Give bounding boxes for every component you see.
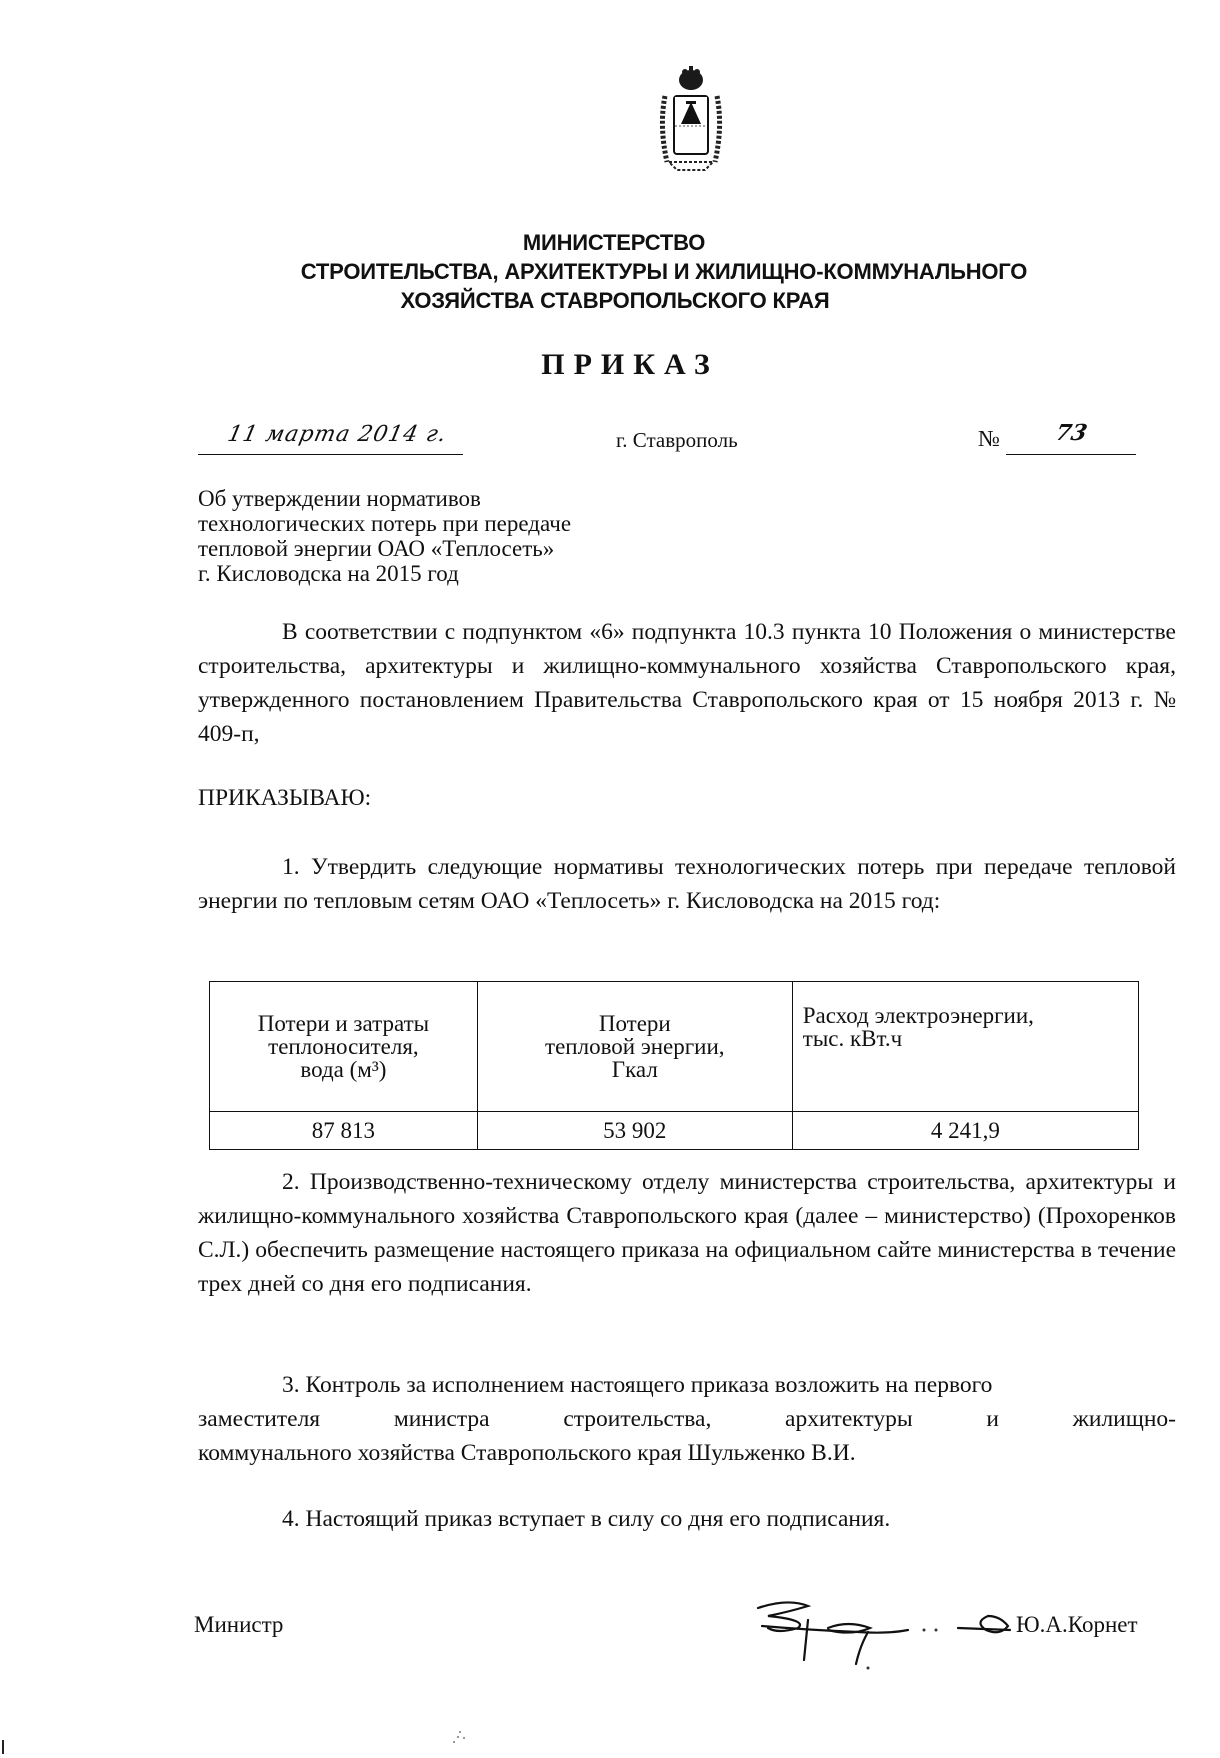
table-row: 87 813 53 902 4 241,9 <box>210 1112 1139 1150</box>
number-label: № <box>978 426 1000 452</box>
norms-table: Потери и затраты теплоносителя, вода (м³… <box>209 981 1139 1150</box>
date-city-number-line: 11 марта 2014 г. г. Ставрополь № 73 <box>198 420 1136 460</box>
scan-speck-icon <box>448 1728 478 1748</box>
cell-electricity: 4 241,9 <box>792 1112 1138 1150</box>
subject-line: г. Кисловодска на 2015 год <box>198 561 571 586</box>
emblem-icon <box>655 66 727 176</box>
signature-icon <box>748 1590 1038 1670</box>
handwritten-number: 73 <box>1053 420 1089 446</box>
basis-paragraph: В соответствии с подпунктом «6» подпункт… <box>198 615 1176 751</box>
header-cell-electricity: Расход электроэнергии, тыс. кВт.ч <box>792 982 1138 1112</box>
handwritten-date: 11 марта 2014 г. <box>225 422 449 447</box>
header-text: теплоносителя, <box>210 1035 477 1058</box>
ministry-line-2: СТРОИТЕЛЬСТВА, АРХИТЕКТУРЫ И ЖИЛИЩНО-КОМ… <box>0 257 1220 286</box>
header-text: Гкал <box>478 1058 792 1081</box>
order-word: ПРИКАЗЫВАЮ: <box>198 785 371 812</box>
item-4-paragraph: 4. Настоящий приказ вступает в силу со д… <box>198 1502 1176 1536</box>
header-text: Потери и затраты <box>210 1012 477 1035</box>
date-field: 11 марта 2014 г. <box>198 420 463 455</box>
item-3-line: 3. Контроль за исполнением настоящего пр… <box>198 1368 1176 1402</box>
cell-coolant-losses: 87 813 <box>210 1112 478 1150</box>
item-1-paragraph: 1. Утвердить следующие нормативы техноло… <box>198 850 1176 918</box>
subject-line: тепловой энергии ОАО «Теплосеть» <box>198 536 571 561</box>
signer-position: Министр <box>194 1612 283 1638</box>
header-cell-heat-losses: Потери тепловой энергии, Гкал <box>477 982 792 1112</box>
header-text: вода (м³) <box>210 1058 477 1081</box>
subject-line: Об утверждении нормативов <box>198 486 571 511</box>
ministry-heading: МИНИСТЕРСТВО СТРОИТЕЛЬСТВА, АРХИТЕКТУРЫ … <box>0 228 1220 315</box>
item-3-line: коммунального хозяйства Ставропольского … <box>198 1436 1176 1470</box>
scan-edge-mark <box>2 1740 4 1754</box>
header-cell-coolant-losses: Потери и затраты теплоносителя, вода (м³… <box>210 982 478 1112</box>
handwritten-signature <box>748 1590 1038 1670</box>
order-subject: Об утверждении нормативов технологически… <box>198 486 571 586</box>
ministry-line-3: ХОЗЯЙСТВА СТАВРОПОЛЬСКОГО КРАЯ <box>0 286 1220 315</box>
header-text: Потери <box>478 1012 792 1035</box>
item-3-line: заместителя министра строительства, архи… <box>198 1402 1176 1436</box>
item-3-paragraph: 3. Контроль за исполнением настоящего пр… <box>198 1368 1176 1470</box>
ministry-line-1: МИНИСТЕРСТВО <box>0 228 1220 257</box>
subject-line: технологических потерь при передаче <box>198 511 571 536</box>
city: г. Ставрополь <box>616 428 738 453</box>
item-2-paragraph: 2. Производственно-техническому отделу м… <box>198 1165 1176 1301</box>
header-text: Расход электроэнергии, <box>803 1004 1138 1027</box>
document-type-title: ПРИКАЗ <box>0 348 1220 382</box>
number-field: 73 <box>1006 420 1136 455</box>
coat-of-arms-emblem <box>655 66 727 176</box>
scan-artifact <box>448 1728 478 1748</box>
table-header-row: Потери и затраты теплоносителя, вода (м³… <box>210 982 1139 1112</box>
header-text: тыс. кВт.ч <box>803 1027 1138 1050</box>
header-text: тепловой энергии, <box>478 1035 792 1058</box>
cell-heat-losses: 53 902 <box>477 1112 792 1150</box>
signer-name: Ю.А.Корнет <box>1016 1612 1138 1638</box>
